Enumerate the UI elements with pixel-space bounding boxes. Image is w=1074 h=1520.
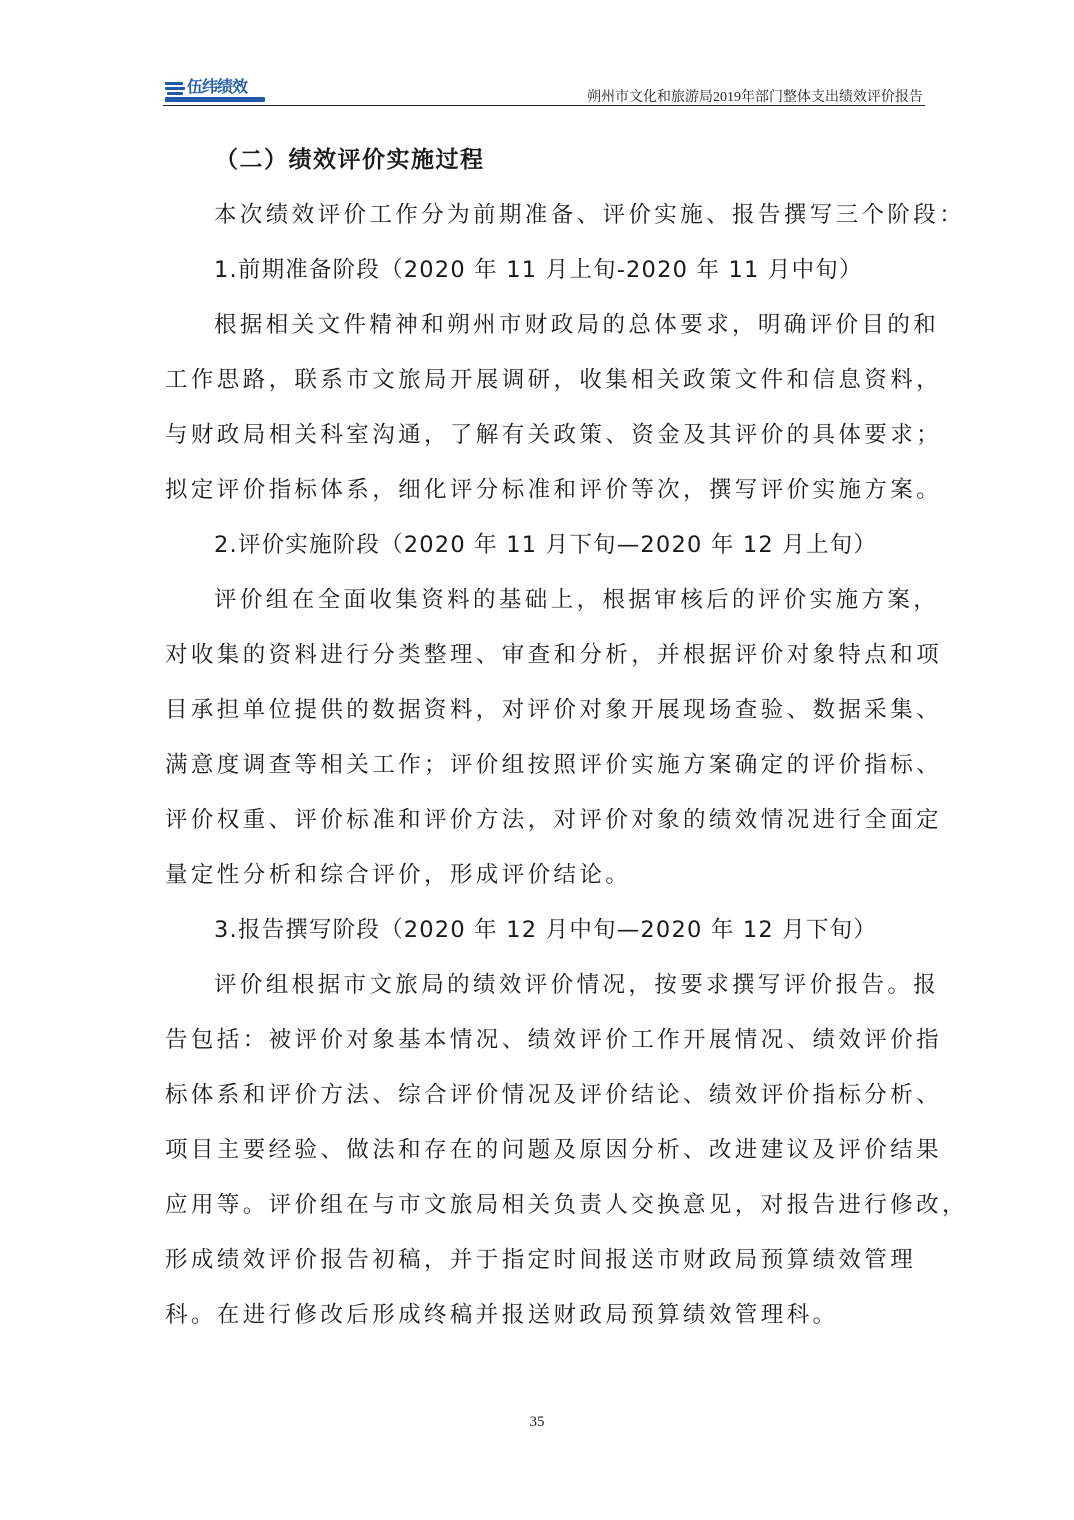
header-divider xyxy=(163,105,925,106)
stage-heading-2: 2.评价实施阶段（2020 年 11 月下旬—2020 年 12 月上旬） xyxy=(214,525,877,565)
logo-text: 伍纬绩效 xyxy=(187,78,247,96)
paragraph-line: 应用等。评价组在与市文旅局相关负责人交换意见，对报告进行修改， xyxy=(165,1185,968,1225)
paragraph-line: 科。在进行修改后形成终稿并报送财政局预算绩效管理科。 xyxy=(165,1295,838,1335)
paragraph-line: 本次绩效评价工作分为前期准备、评价实施、报告撰写三个阶段： xyxy=(214,195,965,235)
paragraph-line: 工作思路，联系市文旅局开展调研，收集相关政策文件和信息资料， xyxy=(165,360,942,400)
paragraph-line: 对收集的资料进行分类整理、审查和分析，并根据评价对象特点和项 xyxy=(165,635,942,675)
company-logo: 伍纬绩效 xyxy=(163,78,269,104)
paragraph-line: 形成绩效评价报告初稿，并于指定时间报送市财政局预算绩效管理 xyxy=(165,1240,916,1280)
paragraph-line: 目承担单位提供的数据资料，对评价对象开展现场查验、数据采集、 xyxy=(165,690,942,730)
page-header: 伍纬绩效 朔州市文化和旅游局2019年部门整体支出绩效评价报告 xyxy=(163,78,923,104)
paragraph-line: 满意度调查等相关工作；评价组按照评价实施方案确定的评价指标、 xyxy=(165,745,942,785)
paragraph-line: 评价权重、评价标准和评价方法，对评价对象的绩效情况进行全面定 xyxy=(165,800,942,840)
section-heading: （二）绩效评价实施过程 xyxy=(215,140,485,180)
paragraph-line: 标体系和评价方法、综合评价情况及评价结论、绩效评价指标分析、 xyxy=(165,1075,942,1115)
paragraph-line: 评价组根据市文旅局的绩效评价情况，按要求撰写评价报告。报 xyxy=(214,965,939,1005)
paragraph-line: 根据相关文件精神和朔州市财政局的总体要求，明确评价目的和 xyxy=(214,305,939,345)
paragraph-line: 项目主要经验、做法和存在的问题及原因分析、改进建议及评价结果 xyxy=(165,1130,942,1170)
logo-tagline-bar xyxy=(165,97,265,102)
logo-wave-icon xyxy=(165,82,185,96)
document-title: 朔州市文化和旅游局2019年部门整体支出绩效评价报告 xyxy=(587,86,923,106)
paragraph-line: 与财政局相关科室沟通，了解有关政策、资金及其评价的具体要求； xyxy=(165,415,942,455)
paragraph-line: 评价组在全面收集资料的基础上，根据审核后的评价实施方案， xyxy=(214,580,939,620)
stage-heading-3: 3.报告撰写阶段（2020 年 12 月中旬—2020 年 12 月下旬） xyxy=(214,910,877,950)
paragraph-line: 拟定评价指标体系，细化评分标准和评价等次，撰写评价实施方案。 xyxy=(165,470,942,510)
paragraph-line: 告包括：被评价对象基本情况、绩效评价工作开展情况、绩效评价指 xyxy=(165,1020,942,1060)
stage-heading-1: 1.前期准备阶段（2020 年 11 月上旬-2020 年 11 月中旬） xyxy=(214,250,863,290)
paragraph-line: 量定性分析和综合评价，形成评价结论。 xyxy=(165,855,631,895)
page-number: 35 xyxy=(0,1414,1074,1431)
